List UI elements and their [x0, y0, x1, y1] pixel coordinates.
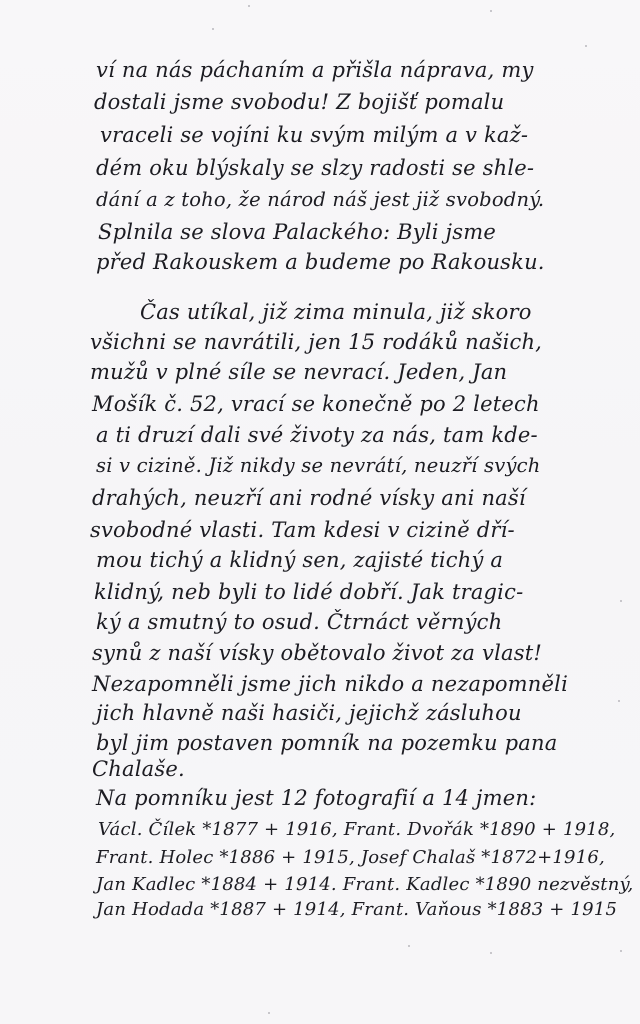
- scan-speck: [212, 28, 214, 30]
- manuscript-line: a ti druzí dali své životy za nás, tam k…: [96, 425, 538, 446]
- manuscript-line: vraceli se vojíni ku svým milým a v kaž-: [100, 125, 528, 146]
- memorial-name-line: Frant. Holec *1886 + 1915, Josef Chalaš …: [96, 849, 605, 867]
- manuscript-line: mou tichý a klidný sen, zajisté tichý a: [96, 550, 503, 571]
- manuscript-line: dání a z toho, že národ náš jest již svo…: [96, 190, 544, 210]
- manuscript-line: si v cizině. Již nikdy se nevrátí, neuzř…: [96, 456, 541, 476]
- manuscript-line: byl jim postaven pomník na pozemku pana: [96, 733, 557, 754]
- scan-speck: [620, 950, 622, 952]
- manuscript-line: klidný, neb byli to lidé dobří. Jak trag…: [94, 582, 523, 603]
- manuscript-line: všichni se navrátili, jen 15 rodáků naši…: [90, 332, 542, 353]
- manuscript-line: Nezapomněli jsme jich nikdo a nezapomněl…: [92, 674, 568, 695]
- manuscript-line: Na pomníku jest 12 fotografií a 14 jmen:: [96, 788, 536, 809]
- manuscript-line: Mošík č. 52, vrací se konečně po 2 letec…: [92, 394, 540, 415]
- manuscript-line: Splnila se slova Palackého: Byli jsme: [98, 222, 496, 243]
- manuscript-line: Čas utíkal, již zima minula, již skoro: [140, 302, 532, 323]
- scan-speck: [490, 952, 492, 954]
- manuscript-line: před Rakouskem a budeme po Rakousku.: [96, 252, 545, 273]
- manuscript-line: ký a smutný to osud. Čtrnáct věrných: [96, 612, 502, 633]
- scan-speck: [490, 10, 492, 12]
- scan-speck: [248, 5, 250, 7]
- manuscript-line: dostali jsme svobodu! Z bojišť pomalu: [94, 92, 504, 113]
- manuscript-line: ví na nás páchaním a přišla náprava, my: [96, 60, 534, 81]
- scan-speck: [408, 945, 410, 947]
- scan-speck: [268, 1012, 270, 1014]
- manuscript-line: drahých, neuzří ani rodné vísky ani naší: [92, 488, 526, 509]
- memorial-name-line: Jan Hodada *1887 + 1914, Frant. Vaňous *…: [96, 901, 617, 919]
- memorial-name-line: Václ. Čílek *1877 + 1916, Frant. Dvořák …: [98, 821, 615, 839]
- manuscript-line: svobodné vlasti. Tam kdesi v cizině dří-: [90, 520, 515, 541]
- memorial-name-line: Jan Kadlec *1884 + 1914. Frant. Kadlec *…: [96, 876, 633, 894]
- manuscript-line: Chalaše.: [92, 759, 185, 780]
- manuscript-line: synů z naší vísky obětovalo život za vla…: [92, 643, 542, 664]
- scan-speck: [618, 700, 620, 702]
- scan-speck: [585, 45, 587, 47]
- manuscript-line: mužů v plné síle se nevrací. Jeden, Jan: [90, 362, 507, 383]
- manuscript-line: jich hlavně naši hasiči, jejichž zásluho…: [96, 703, 522, 724]
- manuscript-line: dém oku blýskaly se slzy radosti se shle…: [96, 158, 534, 179]
- scan-speck: [620, 600, 622, 602]
- manuscript-page: ví na nás páchaním a přišla náprava, my …: [0, 0, 640, 1024]
